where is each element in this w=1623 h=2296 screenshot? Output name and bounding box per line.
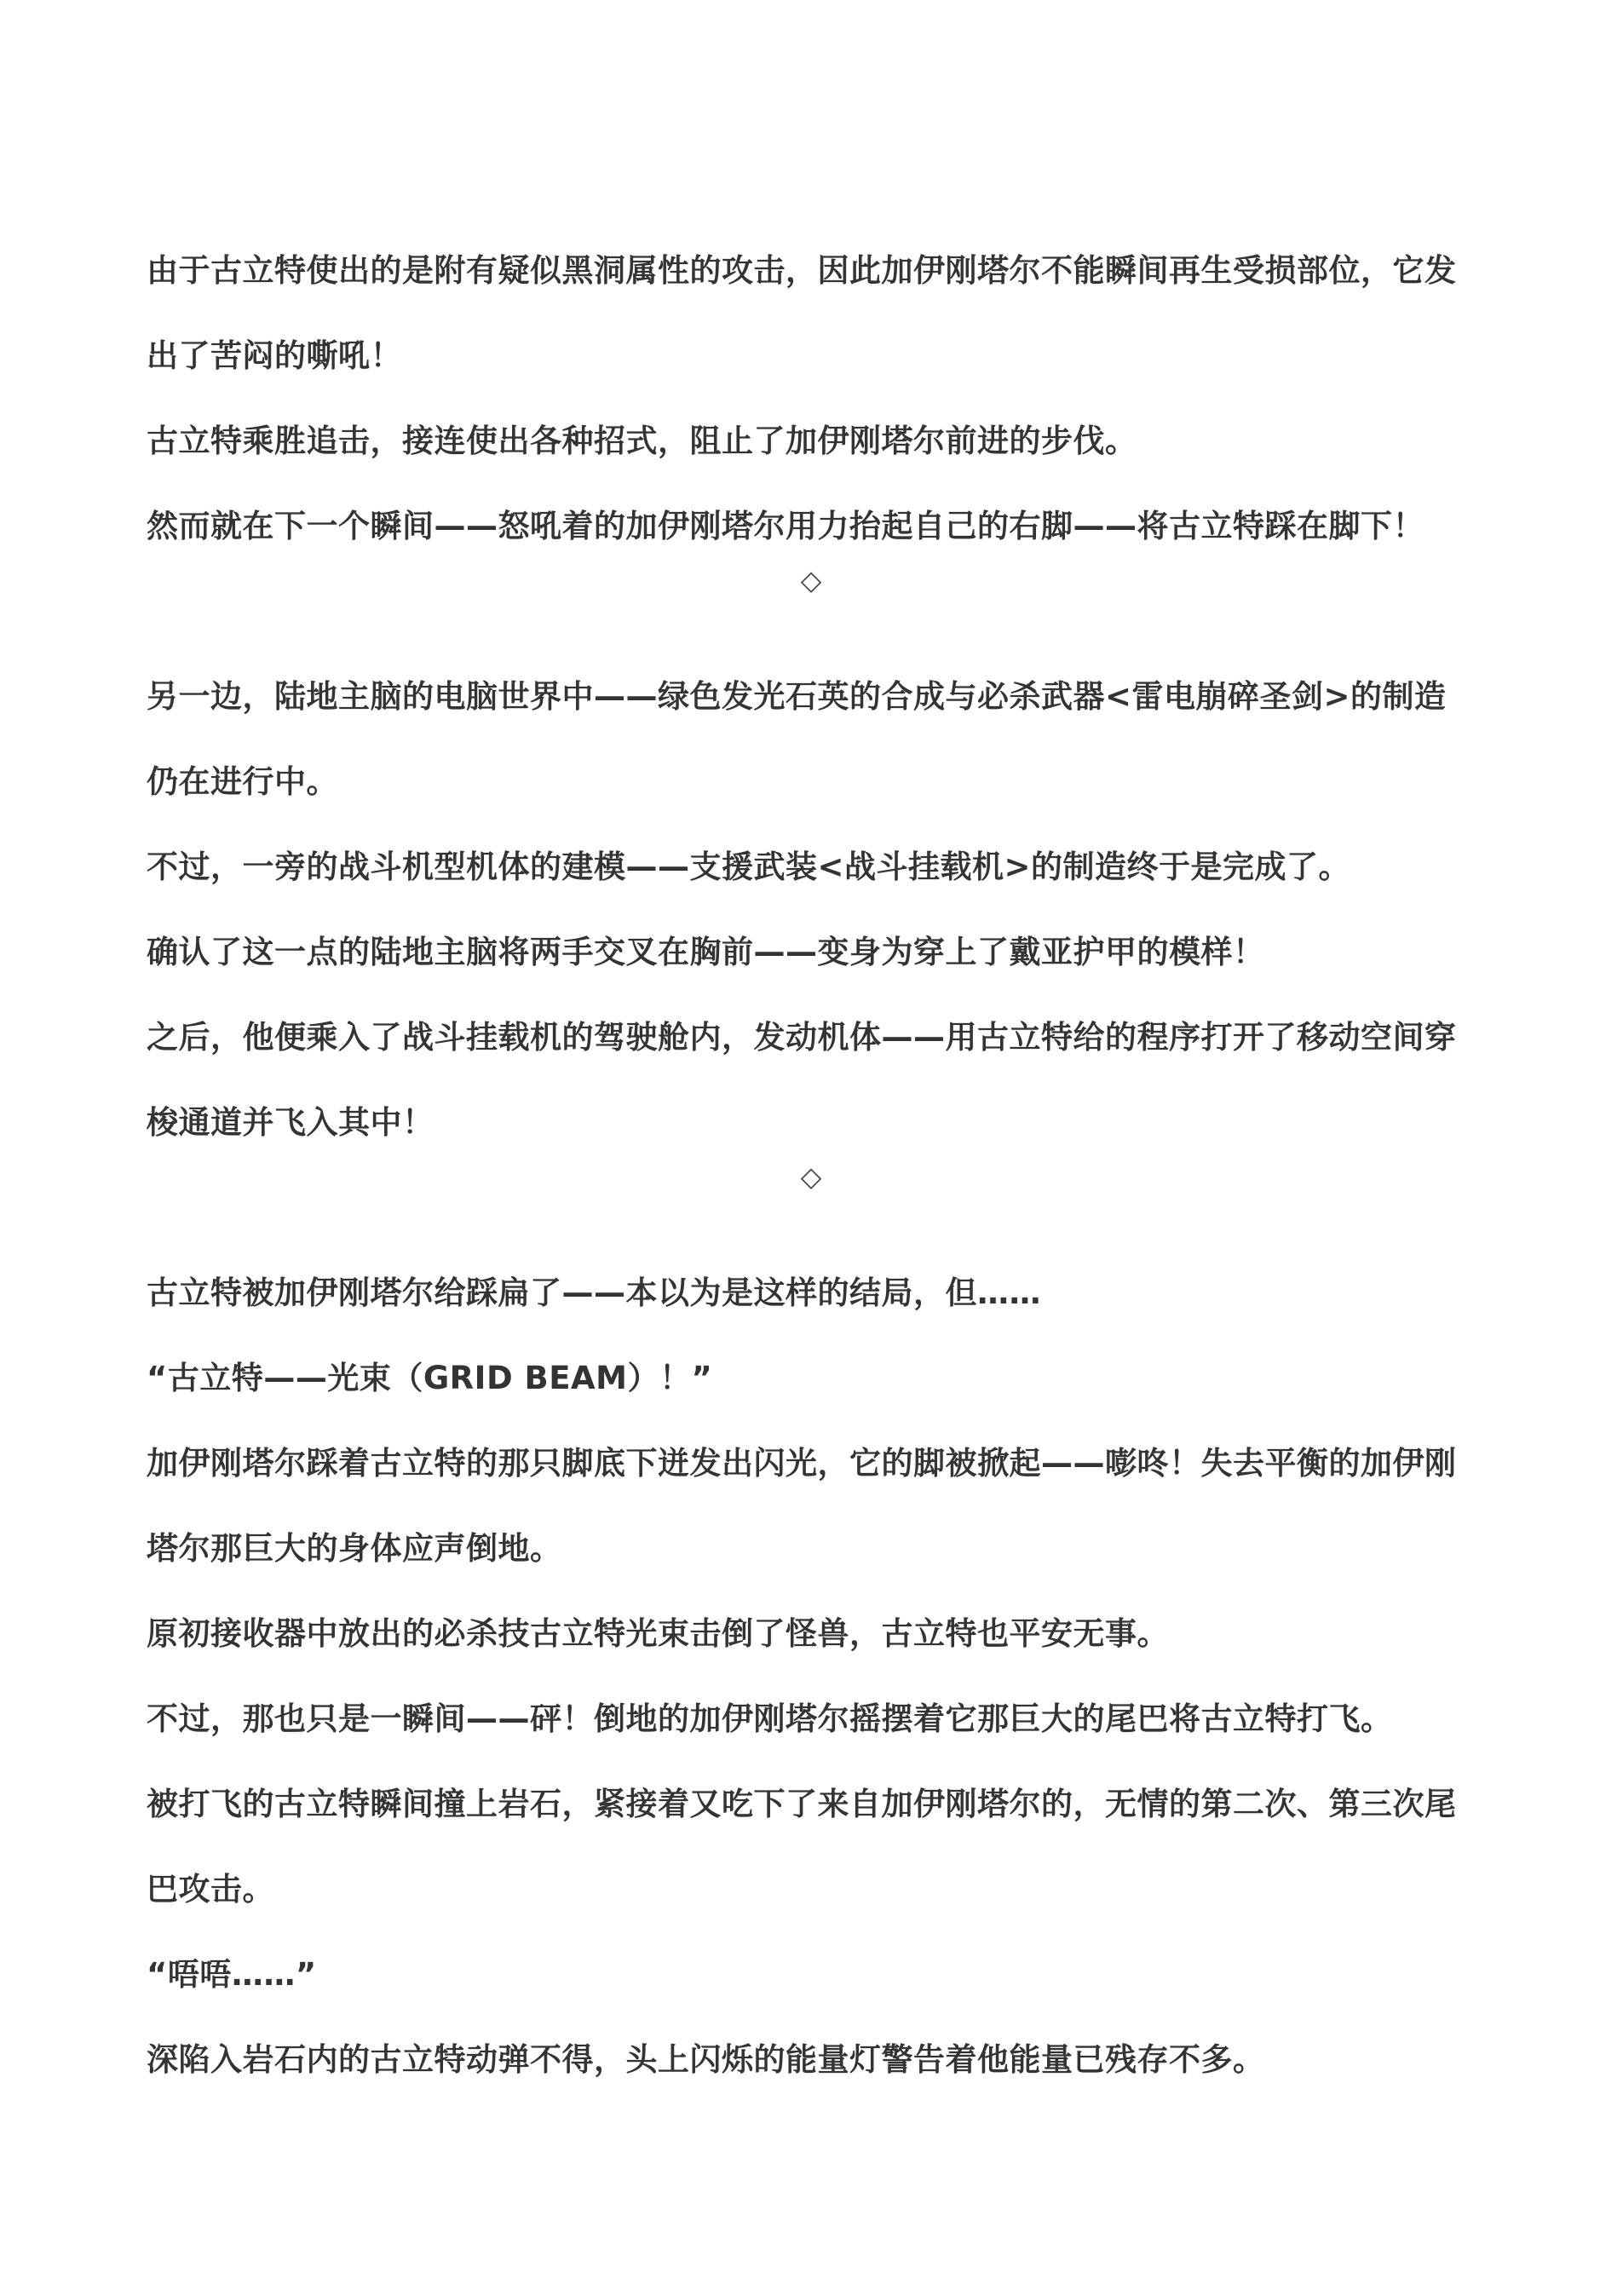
paragraph-line: 巴攻击。 xyxy=(147,1868,274,1911)
paragraph-line: 不过，一旁的战斗机型机体的建模——支援武装<战斗挂载机>的制造终于是完成了。 xyxy=(147,846,1350,889)
paragraph-line: 确认了这一点的陆地主脑将两手交叉在胸前——变身为穿上了戴亚护甲的模样！ xyxy=(147,931,1265,974)
paragraph-line: 被打飞的古立特瞬间撞上岩石，紧接着又吃下了来自加伊刚塔尔的，无情的第二次、第三次… xyxy=(147,1783,1457,1826)
paragraph-line: 古立特乘胜追击，接连使出各种招式，阻止了加伊刚塔尔前进的步伐。 xyxy=(147,420,1137,463)
section-separator-diamond-icon: ◇ xyxy=(147,559,1476,601)
paragraph-line: 原初接收器中放出的必杀技古立特光束击倒了怪兽，古立特也平安无事。 xyxy=(147,1613,1169,1655)
paragraph-line: 加伊刚塔尔踩着古立特的那只脚底下迸发出闪光，它的脚被掀起——嘭咚！失去平衡的加伊… xyxy=(147,1442,1457,1485)
paragraph-line: 仍在进行中。 xyxy=(147,761,338,803)
paragraph-line: 古立特被加伊刚塔尔给踩扁了——本以为是这样的结局，但…… xyxy=(147,1272,1041,1315)
paragraph-line: 出了苦闷的嘶吼！ xyxy=(147,335,402,377)
paragraph-line: 梭通道并飞入其中！ xyxy=(147,1102,435,1144)
paragraph-line: 不过，那也只是一瞬间——砰！倒地的加伊刚塔尔摇摆着它那巨大的尾巴将古立特打飞。 xyxy=(147,1698,1393,1741)
paragraph-line: 塔尔那巨大的身体应声倒地。 xyxy=(147,1528,562,1570)
section-separator-diamond-icon: ◇ xyxy=(147,1155,1476,1198)
paragraph-line: 由于古立特使出的是附有疑似黑洞属性的攻击，因此加伊刚塔尔不能瞬间再生受损部位，它… xyxy=(147,250,1457,292)
paragraph-line: 之后，他便乘入了战斗挂载机的驾驶舱内，发动机体——用古立特给的程序打开了移动空间… xyxy=(147,1016,1457,1059)
paragraph-line: 深陷入岩石内的古立特动弹不得，头上闪烁的能量灯警告着他能量已残存不多。 xyxy=(147,2039,1265,2081)
dialogue-line: “古立特——光束（GRID BEAM）！” xyxy=(147,1357,712,1400)
dialogue-line: “唔唔……” xyxy=(147,1954,317,1996)
paragraph-line: 另一边，陆地主脑的电脑世界中——绿色发光石英的合成与必杀武器<雷电崩碎圣剑>的制… xyxy=(147,676,1447,718)
paragraph-line: 然而就在下一个瞬间——怒吼着的加伊刚塔尔用力抬起自己的右脚——将古立特踩在脚下！ xyxy=(147,505,1424,548)
